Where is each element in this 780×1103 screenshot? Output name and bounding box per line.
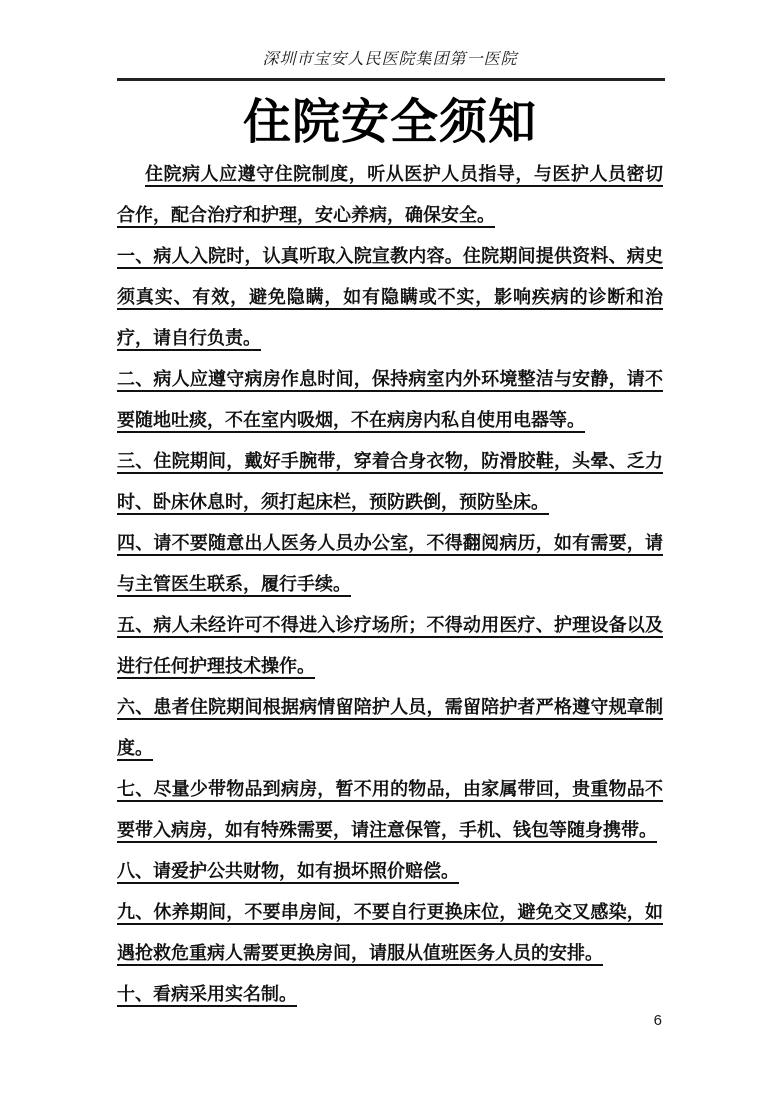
page-title: 住院安全须知 [0,96,780,150]
notice-item-10: 十、看病采用实名制。 [117,974,663,1015]
notice-body: 住院病人应遵守住院制度，听从医护人员指导，与医护人员密切合作，配合治疗和护理，安… [117,154,663,1015]
notice-item-2: 二、病人应遵守病房作息时间，保持病室内外环境整洁与安静，请不要随地吐痰，不在室内… [117,359,663,441]
notice-item-6: 六、患者住院期间根据病情留陪护人员，需留陪护者严格遵守规章制度。 [117,687,663,769]
page-number: 6 [654,1012,662,1029]
notice-item-3: 三、住院期间，戴好手腕带，穿着合身衣物，防滑胶鞋，头晕、乏力时、卧床休息时，须打… [117,441,663,523]
notice-item-4: 四、请不要随意出人医务人员办公室，不得翻阅病历，如有需要，请与主管医生联系，履行… [117,523,663,605]
header-rule [117,78,665,81]
notice-item-8: 八、请爱护公共财物，如有损坏照价赔偿。 [117,851,663,892]
intro-paragraph: 住院病人应遵守住院制度，听从医护人员指导，与医护人员密切合作，配合治疗和护理，安… [117,154,663,236]
notice-item-9: 九、休养期间，不要串房间，不要自行更换床位，避免交叉感染，如遇抢救危重病人需要更… [117,892,663,974]
hospital-name-header: 深圳市宝安人民医院集团第一医院 [0,46,780,69]
document-page: 深圳市宝安人民医院集团第一医院 住院安全须知 住院病人应遵守住院制度，听从医护人… [0,0,780,1103]
notice-item-7: 七、尽量少带物品到病房，暂不用的物品，由家属带回，贵重物品不要带入病房，如有特殊… [117,769,663,851]
notice-item-1: 一、病人入院时，认真听取入院宣教内容。住院期间提供资料、病史须真实、有效，避免隐… [117,236,663,359]
notice-item-5: 五、病人未经许可不得进入诊疗场所；不得动用医疗、护理设备以及进行任何护理技术操作… [117,605,663,687]
